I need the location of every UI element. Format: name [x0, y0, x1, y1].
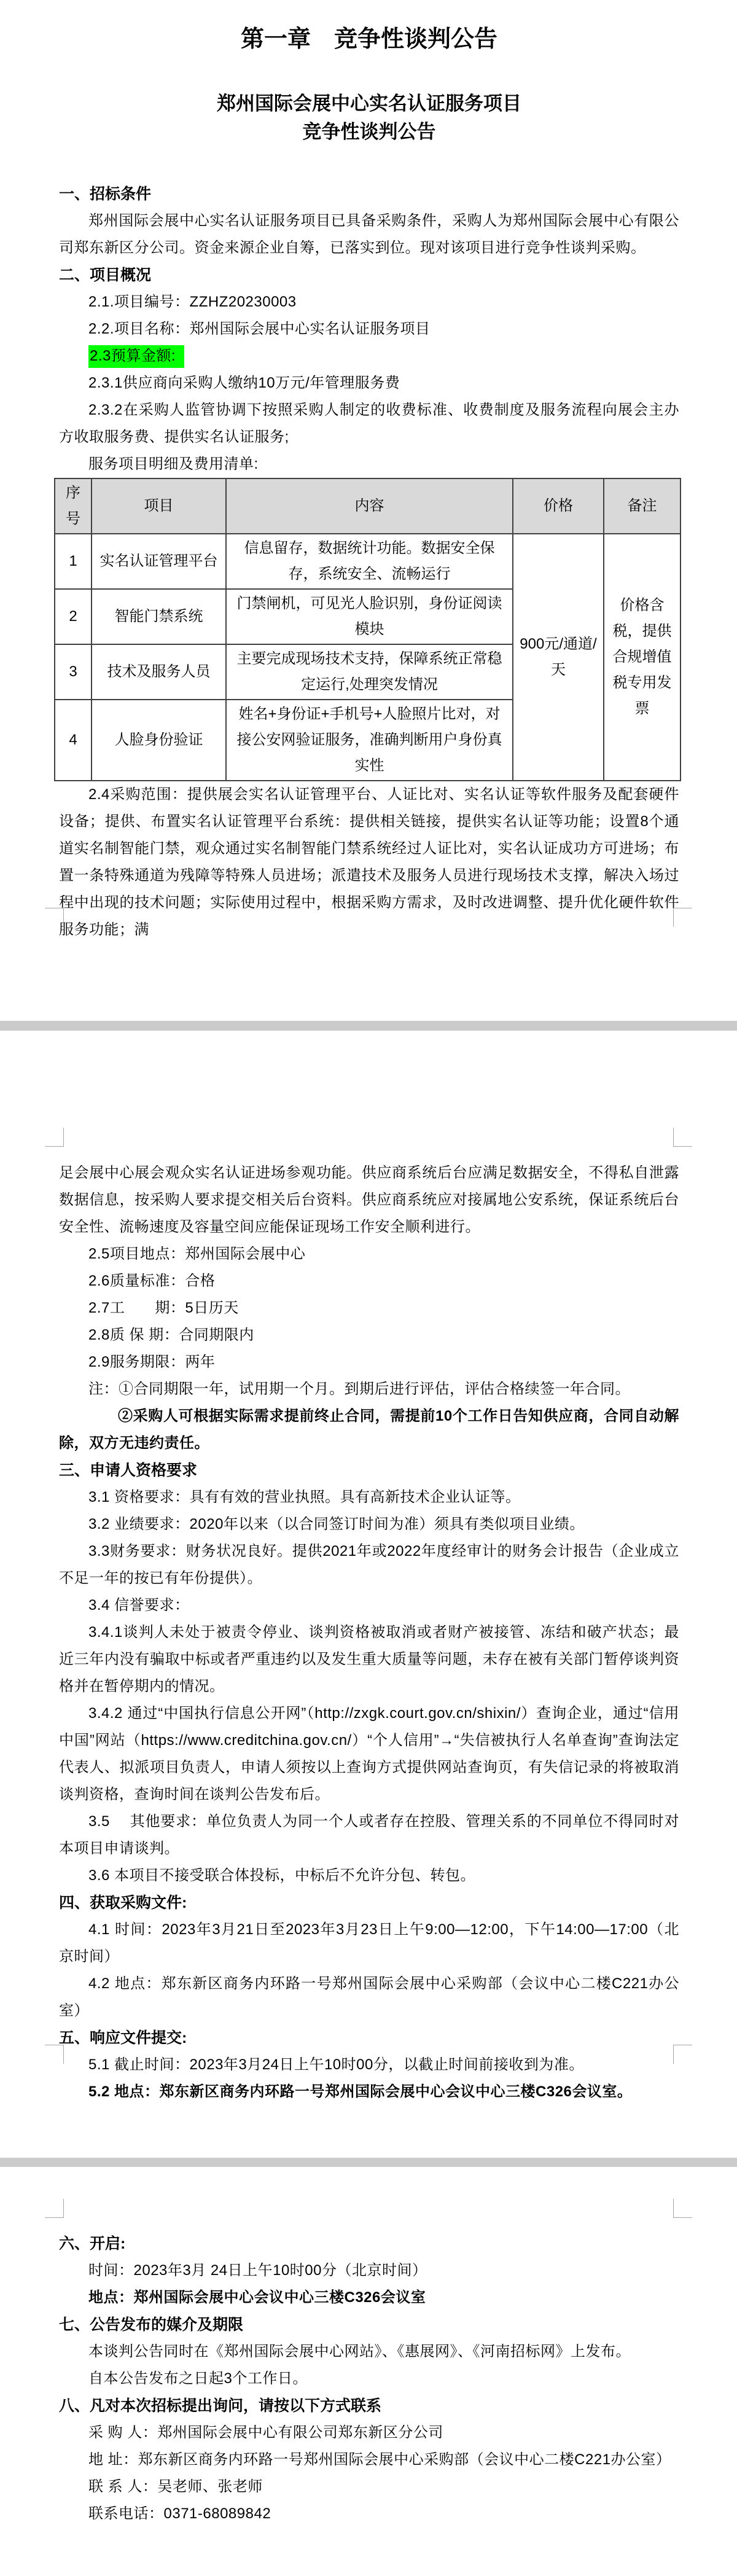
requirement-3-4: 3.4 信誉要求： [59, 1592, 679, 1619]
fee-table-header-price: 价格 [513, 478, 604, 534]
fee-table-header-no: 序号 [55, 478, 92, 534]
page-gap-2 [0, 2158, 737, 2167]
project-title-block: 郑州国际会展中心实名认证服务项目 竞争性谈判公告 [59, 90, 679, 146]
project-location: 2.5项目地点：郑州国际会展中心 [59, 1241, 679, 1268]
obtain-time: 4.1 时间：2023年3月21日至2023年3月23日上午9:00—12:00… [59, 1916, 679, 1970]
section-7-heading: 七、公告发布的媒介及期限 [59, 2311, 679, 2338]
section-1-heading: 一、招标条件 [59, 181, 679, 208]
requirement-3-5: 3.5 其他要求：单位负责人为同一个人或者存在控股、管理关系的不同单位不得同时对… [59, 1808, 679, 1862]
contact-phone-line: 联系电话：0371-68089842 [59, 2500, 679, 2527]
fee-table: 序号 项目 内容 价格 备注 1 实名认证管理平台 信息留存，数据统计功能。数据… [54, 478, 681, 781]
margin-mark-bottom-right [673, 2045, 692, 2064]
section-1-body: 郑州国际会展中心实名认证服务项目已具备采购条件，采购人为郑州国际会展中心有限公司… [59, 208, 679, 262]
fee-note-2: 2.3.2在采购人监管协调下按照采购人制定的收费标准、收费制度及服务流程向展会主… [59, 397, 679, 451]
margin-mark-bottom-right [673, 908, 692, 927]
service-period: 2.9服务期限：两年 [59, 1349, 679, 1376]
price-merged-cell: 900元/通道/天 [513, 534, 604, 781]
row-2-content: 门禁闸机，可见光人脸识别，身份证阅读模块 [226, 589, 513, 644]
contact-person-line: 联 系 人：吴老师、张老师 [59, 2473, 679, 2500]
requirement-3-1: 3.1 资格要求：具有有效的营业执照。具有高新技术企业认证等。 [59, 1484, 679, 1511]
budget-line: 2.3预算金额: [59, 343, 679, 370]
submit-place: 5.2 地点：郑东新区商务内环路一号郑州国际会展中心会议中心三楼C326会议室。 [59, 2078, 679, 2106]
section-5-heading: 五、响应文件提交: [59, 2024, 679, 2051]
announcement-media: 本谈判公告同时在《郑州国际会展中心网站》、《惠展网》、《河南招标网》上发布。 [59, 2338, 679, 2365]
margin-mark-top-left [45, 1128, 64, 1147]
row-3-content: 主要完成现场技术支持，保障系统正常稳定运行,处理突发情况 [226, 644, 513, 700]
section-3-heading: 三、申请人资格要求 [59, 1457, 679, 1484]
obtain-place: 4.2 地点：郑东新区商务内环路一号郑州国际会展中心采购部（会议中心二楼C221… [59, 1970, 679, 2024]
requirement-3-2: 3.2 业绩要求：2020年以来（以合同签订时间为准）须具有类似项目业绩。 [59, 1511, 679, 1538]
project-name-line: 2.2.项目名称：郑州国际会展中心实名认证服务项目 [59, 316, 679, 343]
project-number-line: 2.1.项目编号：ZZHZ20230003 [59, 289, 679, 316]
fee-table-header-content: 内容 [226, 478, 513, 534]
work-duration: 2.7工 期：5日历天 [59, 1295, 679, 1322]
fee-table-header-remark: 备注 [604, 478, 680, 534]
row-4-no: 4 [55, 700, 92, 781]
project-title-line2: 竞争性谈判公告 [59, 118, 679, 146]
requirement-3-6: 3.6 本项目不接受联合体投标，中标后不允许分包、转包。 [59, 1862, 679, 1889]
fee-table-caption: 服务项目明细及费用清单: [59, 451, 679, 478]
row-4-content: 姓名+身份证+手机号+人脸照片比对，对接公安网验证服务，准确判断用户身份真实性 [226, 700, 513, 781]
procurement-scope: 2.4采购范围：提供展会实名认证管理平台、人证比对、实名认证等软件服务及配套硬件… [59, 781, 679, 943]
budget-highlight: 2.3预算金额: [88, 345, 184, 368]
margin-mark-top-left [45, 2199, 64, 2218]
fee-table-header-item: 项目 [92, 478, 226, 534]
fee-note-1: 2.3.1供应商向采购人缴纳10万元/年管理服务费 [59, 370, 679, 397]
requirement-3-3: 3.3财务要求：财务状况良好。提供2021年或2022年度经审计的财务会计报告（… [59, 1538, 679, 1592]
row-3-item: 技术及服务人员 [92, 644, 226, 700]
address-line: 地 址：郑东新区商务内环路一号郑州国际会展中心采购部（会议中心二楼C221办公室… [59, 2446, 679, 2473]
requirement-3-4-2: 3.4.2 通过“中国执行信息公开网”（http://zxgk.court.go… [59, 1700, 679, 1808]
chapter-title: 第一章 竞争性谈判公告 [59, 23, 679, 55]
section-8-heading: 八、凡对本次招标提出询问，请按以下方式联系 [59, 2392, 679, 2419]
section-6-heading: 六、开启: [59, 2230, 679, 2257]
fee-table-row-1: 1 实名认证管理平台 信息留存，数据统计功能。数据安全保存，系统安全、流畅运行 … [55, 534, 680, 589]
opening-place: 地点：郑州国际会展中心会议中心三楼C326会议室 [59, 2284, 679, 2311]
remark-merged-cell: 价格含税，提供合规增值税专用发票 [604, 534, 680, 781]
section-2-heading: 二、项目概况 [59, 262, 679, 289]
document-viewer: 第一章 竞争性谈判公告 郑州国际会展中心实名认证服务项目 竞争性谈判公告 一、招… [0, 0, 737, 2576]
margin-mark-bottom-left [45, 2045, 64, 2064]
quality-standard: 2.6质量标准：合格 [59, 1268, 679, 1295]
page-gap-1 [0, 1021, 737, 1031]
section-4-heading: 四、获取采购文件: [59, 1889, 679, 1916]
requirement-3-4-1: 3.4.1谈判人未处于被责令停业、谈判资格被取消或者财产被接管、冻结和破产状态；… [59, 1619, 679, 1700]
row-1-content: 信息留存，数据统计功能。数据安全保存，系统安全、流畅运行 [226, 534, 513, 589]
page-3: 六、开启: 时间：2023年3月 24日上午10时00分（北京时间） 地点：郑州… [0, 2167, 737, 2576]
project-title-line1: 郑州国际会展中心实名认证服务项目 [59, 90, 679, 118]
row-3-no: 3 [55, 644, 92, 700]
contract-note-1: 注：①合同期限一年，试用期一个月。到期后进行评估，评估合格续签一年合同。 [59, 1376, 679, 1403]
margin-mark-top-right [673, 1128, 692, 1147]
warranty-period: 2.8质 保 期：合同期限内 [59, 1322, 679, 1349]
row-2-no: 2 [55, 589, 92, 644]
buyer-line: 采 购 人：郑州国际会展中心有限公司郑东新区分公司 [59, 2419, 679, 2446]
page-1: 第一章 竞争性谈判公告 郑州国际会展中心实名认证服务项目 竞争性谈判公告 一、招… [0, 0, 737, 1021]
contract-note-2: ②采购人可根据实际需求提前终止合同，需提前10个工作日告知供应商，合同自动解除，… [59, 1403, 679, 1457]
margin-mark-top-right [673, 2199, 692, 2218]
scope-continuation: 足会展中心展会观众实名认证进场参观功能。供应商系统后台应满足数据安全，不得私自泄… [59, 1160, 679, 1241]
page-2: 足会展中心展会观众实名认证进场参观功能。供应商系统后台应满足数据安全，不得私自泄… [0, 1031, 737, 2158]
row-1-item: 实名认证管理平台 [92, 534, 226, 589]
submit-deadline: 5.1 截止时间：2023年3月24日上午10时00分，以截止时间前接收到为准。 [59, 2051, 679, 2078]
row-4-item: 人脸身份验证 [92, 700, 226, 781]
row-1-no: 1 [55, 534, 92, 589]
margin-mark-bottom-left [45, 908, 64, 927]
opening-time: 时间：2023年3月 24日上午10时00分（北京时间） [59, 2257, 679, 2284]
row-2-item: 智能门禁系统 [92, 589, 226, 644]
fee-table-header-row: 序号 项目 内容 价格 备注 [55, 478, 680, 534]
announcement-period: 自本公告发布之日起3个工作日。 [59, 2365, 679, 2392]
